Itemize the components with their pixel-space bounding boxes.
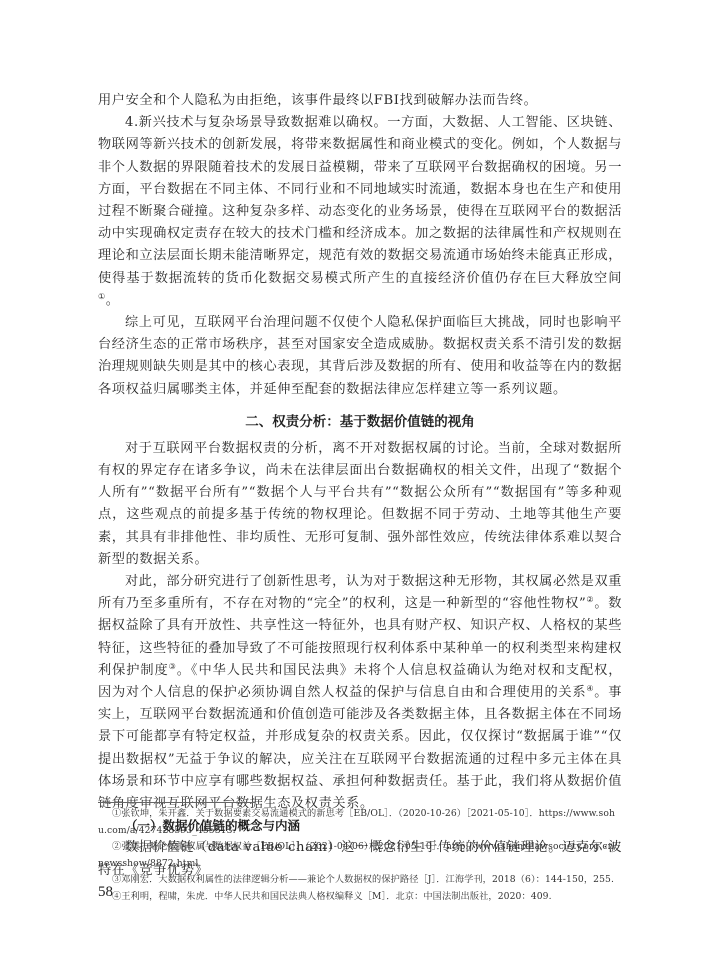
punctuation: 。 — [106, 293, 120, 308]
article-body: 用户安全和个人隐私为由拒绝，该事件最终以FBI找到破解办法而告终。 4.新兴技术… — [98, 90, 622, 882]
footnote-2: ②张震．略论数据权属与数据权益［EB/OL］．（2021-04-06）［2021… — [98, 839, 622, 872]
paragraph-text: 。事实上，互联网平台数据流通和价值创造可能涉及各类数据主体，且各数据主体在不同场… — [98, 685, 622, 811]
section-heading: 二、权责分析：基于数据价值链的视角 — [98, 410, 622, 434]
footnotes: ①张钦坤，朱开鑫．关于数据要素交易流通模式的新思考［EB/OL］．（2020-1… — [98, 806, 622, 905]
paragraph-emerging-tech: 4.新兴技术与复杂场景导致数据难以确权。一方面，大数据、人工智能、区块链、物联网… — [98, 112, 622, 312]
paragraph-data-ownership: 对于互联网平台数据权责的分析，离不开对数据权属的讨论。当前，全球对数据所有权的界… — [98, 438, 622, 571]
paragraph-summary: 综上可见，互联网平台治理问题不仅使个人隐私保护面临巨大挑战，同时也影响平台经济生… — [98, 312, 622, 401]
footnote-1: ①张钦坤，朱开鑫．关于数据要素交易流通模式的新思考［EB/OL］．（2020-1… — [98, 806, 622, 839]
footnote-ref-1[interactable]: ① — [98, 292, 106, 301]
page-number: 58 — [98, 884, 113, 901]
paragraph-text: 4.新兴技术与复杂场景导致数据难以确权。一方面，大数据、人工智能、区块链、物联网… — [98, 115, 622, 285]
footnote-4: ④王利明，程啸，朱虎．中华人民共和国民法典人格权编释义［M］．北京：中国法制出版… — [98, 889, 622, 906]
paragraph-continuation: 用户安全和个人隐私为由拒绝，该事件最终以FBI找到破解办法而告终。 — [98, 90, 622, 112]
paragraph-innovative-thinking: 对此，部分研究进行了创新性思考，认为对于数据这种无形物，其权属必然是双重所有乃至… — [98, 571, 622, 815]
footnote-ref-3[interactable]: ③ — [169, 662, 177, 671]
footnote-3: ③邓刚宏．大数据权利属性的法律逻辑分析——兼论个人数据权的保护路径［J］．江海学… — [98, 872, 622, 889]
paragraph-text: 对此，部分研究进行了创新性思考，认为对于数据这种无形物，其权属必然是双重所有乃至… — [98, 574, 622, 611]
footnote-separator — [98, 802, 255, 803]
paragraph-text: 。《中华人民共和国民法典》未将个人信息权益确认为绝对权和支配权，因为对个人信息的… — [98, 663, 622, 700]
